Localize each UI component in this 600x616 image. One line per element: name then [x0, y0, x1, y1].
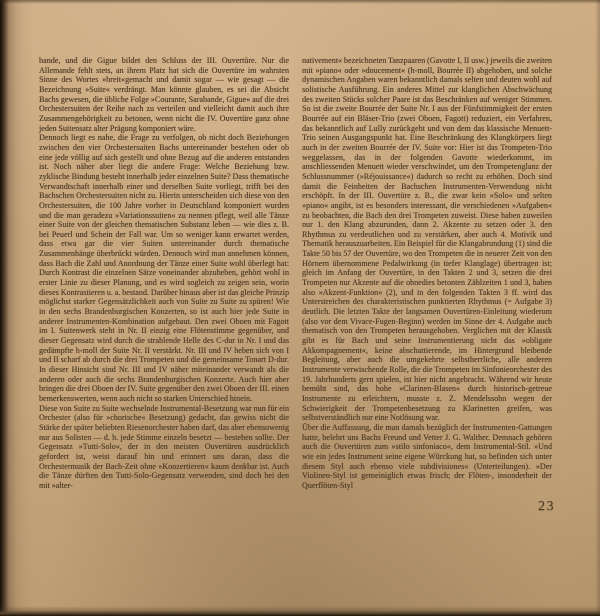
- page-gutter-shadow: [0, 0, 34, 616]
- book-page-scan: bande, und die Gigue bildet den Schluss …: [0, 0, 600, 616]
- paragraph: bande, und die Gigue bildet den Schluss …: [39, 56, 289, 133]
- paragraph: nativement« bezeichneten Tanzpaaren (Gav…: [302, 56, 552, 423]
- paragraph: Dennoch liegt es nahe, die Frage zu verf…: [39, 133, 289, 403]
- paragraph: Diese von Suite zu Suite wechselnde Inst…: [39, 404, 289, 491]
- text-column-left: bande, und die Gigue bildet den Schluss …: [39, 56, 289, 491]
- page-bottom-edge: [0, 606, 600, 616]
- page-top-edge: [0, 0, 600, 4]
- text-column-right: nativement« bezeichneten Tanzpaaren (Gav…: [302, 56, 552, 491]
- paragraph: Über die Auffassung, die man damals bezü…: [302, 423, 552, 491]
- page-number: 23: [538, 499, 555, 515]
- page-right-edge: [595, 0, 600, 616]
